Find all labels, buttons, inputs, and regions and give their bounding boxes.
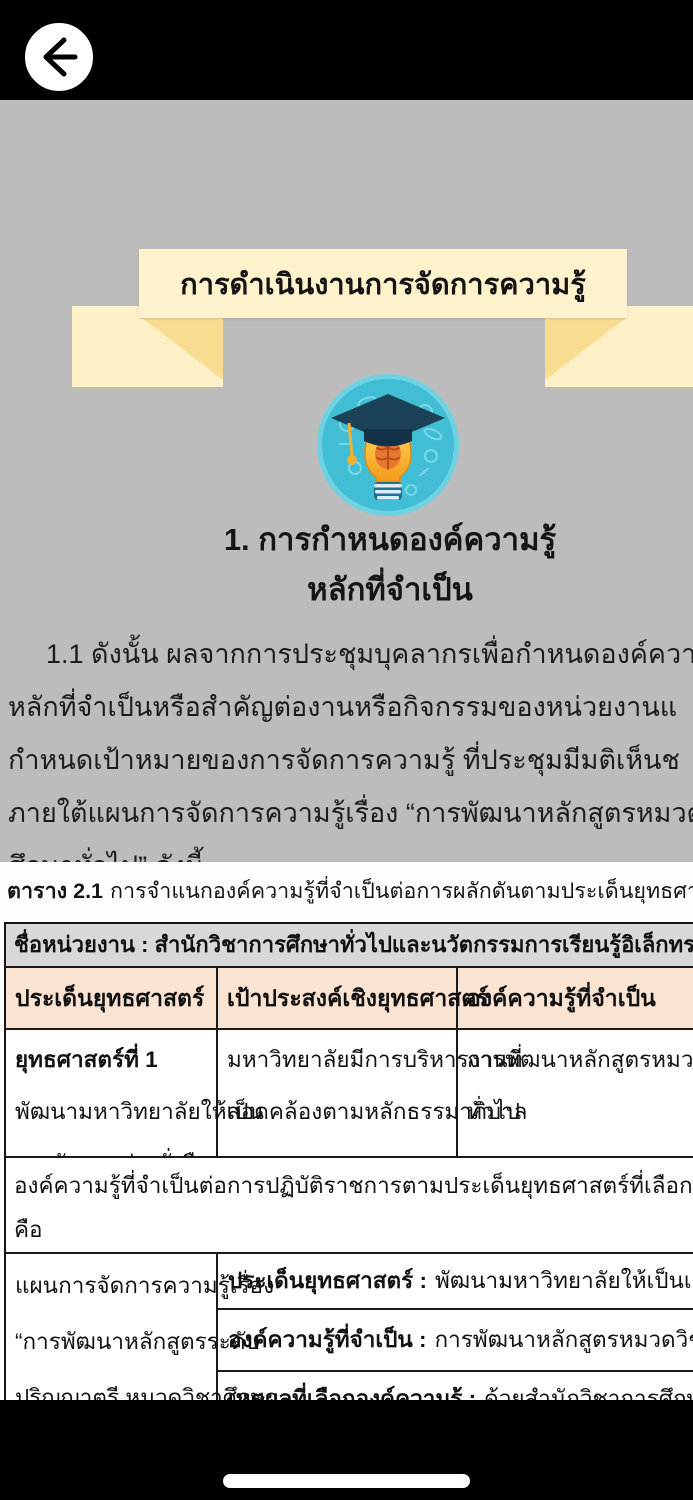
objective-line: สอดคล้องตามหลักธรรมาภิบาล: [227, 1086, 456, 1138]
section-heading-line1: 1. การกำหนดองค์ความรู้: [0, 515, 693, 565]
objective-line: มหาวิทยาลัยมีการบริหารงานที่: [227, 1034, 456, 1086]
paragraph-line: 1.1 ดังนั้น ผลจากการประชุมบุคลากรเพื่อกำ…: [8, 628, 693, 681]
span-note-line: คือ: [14, 1208, 693, 1252]
paragraph-line: หลักที่จำเป็นหรือสำคัญต่องานหรือกิจกรรมข…: [8, 681, 693, 734]
objective-cell: มหาวิทยาลัยมีการบริหารงานที่ สอดคล้องตาม…: [218, 1030, 458, 1156]
table-row-unit: ชื่อหน่วยงาน : สำนักวิชาการศึกษาทั่วไปแล…: [6, 924, 693, 968]
knowledge-lightbulb-graduation-icon: [315, 372, 461, 518]
plan-knowledge-label: องค์ความรู้ที่จำเป็น :: [228, 1327, 427, 1352]
header-cell-objective: เป้าประสงค์เชิงยุทธศาสตร์: [218, 968, 458, 1028]
strategy-cell: ยุทธศาสตร์ที่ 1 พัฒนามหาวิทยาลัยให้เป็น …: [6, 1030, 218, 1156]
document-page: การดำเนินงานการจัดการความรู้: [0, 100, 693, 1400]
plan-strategy-label: ประเด็นยุทธศาสตร์ :: [228, 1268, 427, 1293]
knowledge-cell: การพัฒนาหลักสูตรหมวดวิชา ทั่วไป: [458, 1030, 693, 1156]
plan-title-line: “การพัฒนาหลักสูตรระดับ: [15, 1314, 216, 1370]
plan-strategy-text: พัฒนามหาวิทยาลัยให้เป็นเอตทัคคะอย่างยั่ง…: [435, 1268, 693, 1293]
section-heading-line2: หลักที่จำเป็น: [0, 565, 693, 615]
body-paragraph: 1.1 ดังนั้น ผลจากการประชุมบุคลากรเพื่อกำ…: [8, 628, 693, 893]
table-header-row: ประเด็นยุทธศาสตร์ เป้าประสงค์เชิงยุทธศาส…: [6, 968, 693, 1030]
header-cell-knowledge: องค์ความรู้ที่จำเป็น: [458, 968, 693, 1028]
table-caption-label: ตาราง 2.1: [7, 879, 103, 903]
knowledge-line: ทั่วไป: [467, 1086, 693, 1138]
plan-strategy-subrow: ประเด็นยุทธศาสตร์ :พัฒนามหาวิทยาลัยให้เป…: [218, 1254, 693, 1310]
paragraph-line: ภายใต้แผนการจัดการความรู้เรื่อง “การพัฒน…: [8, 787, 693, 840]
status-bar: [0, 0, 693, 100]
section-heading: 1. การกำหนดองค์ความรู้ หลักที่จำเป็น: [0, 515, 693, 615]
table-caption-text: การจำแนกองค์ความรู้ที่จำเป็นต่อการผลักดั…: [110, 879, 693, 903]
table-caption: ตาราง 2.1การจำแนกองค์ความรู้ที่จำเป็นต่อ…: [7, 874, 693, 908]
home-indicator[interactable]: [223, 1474, 470, 1488]
bottom-bar: [0, 1400, 693, 1500]
page-title: การดำเนินงานการจัดการความรู้: [139, 249, 627, 318]
span-note-line: องค์ความรู้ที่จำเป็นต่อการปฏิบัติราชการต…: [14, 1164, 693, 1208]
header-cell-strategy: ประเด็นยุทธศาสตร์: [6, 968, 218, 1028]
plan-knowledge-text: การพัฒนาหลักสูตรหมวดวิชาศึกษาทั่วไป: [435, 1327, 693, 1352]
strategy-title: ยุทธศาสตร์ที่ 1: [15, 1034, 216, 1086]
paragraph-line: กำหนดเป้าหมายของการจัดการความรู้ ที่ประช…: [8, 734, 693, 787]
back-button[interactable]: [18, 16, 100, 98]
table-row-strategy1: ยุทธศาสตร์ที่ 1 พัฒนามหาวิทยาลัยให้เป็น …: [6, 1030, 693, 1158]
plan-title-line: แผนการจัดการความรู้เรื่อง: [15, 1258, 216, 1314]
strategy-line: พัฒนามหาวิทยาลัยให้เป็น: [15, 1086, 216, 1138]
plan-knowledge-subrow: องค์ความรู้ที่จำเป็น :การพัฒนาหลักสูตรหม…: [218, 1310, 693, 1372]
table-row-span-note: องค์ความรู้ที่จำเป็นต่อการปฏิบัติราชการต…: [6, 1158, 693, 1254]
knowledge-line: การพัฒนาหลักสูตรหมวดวิชา: [467, 1034, 693, 1086]
back-arrow-icon: [33, 31, 85, 83]
